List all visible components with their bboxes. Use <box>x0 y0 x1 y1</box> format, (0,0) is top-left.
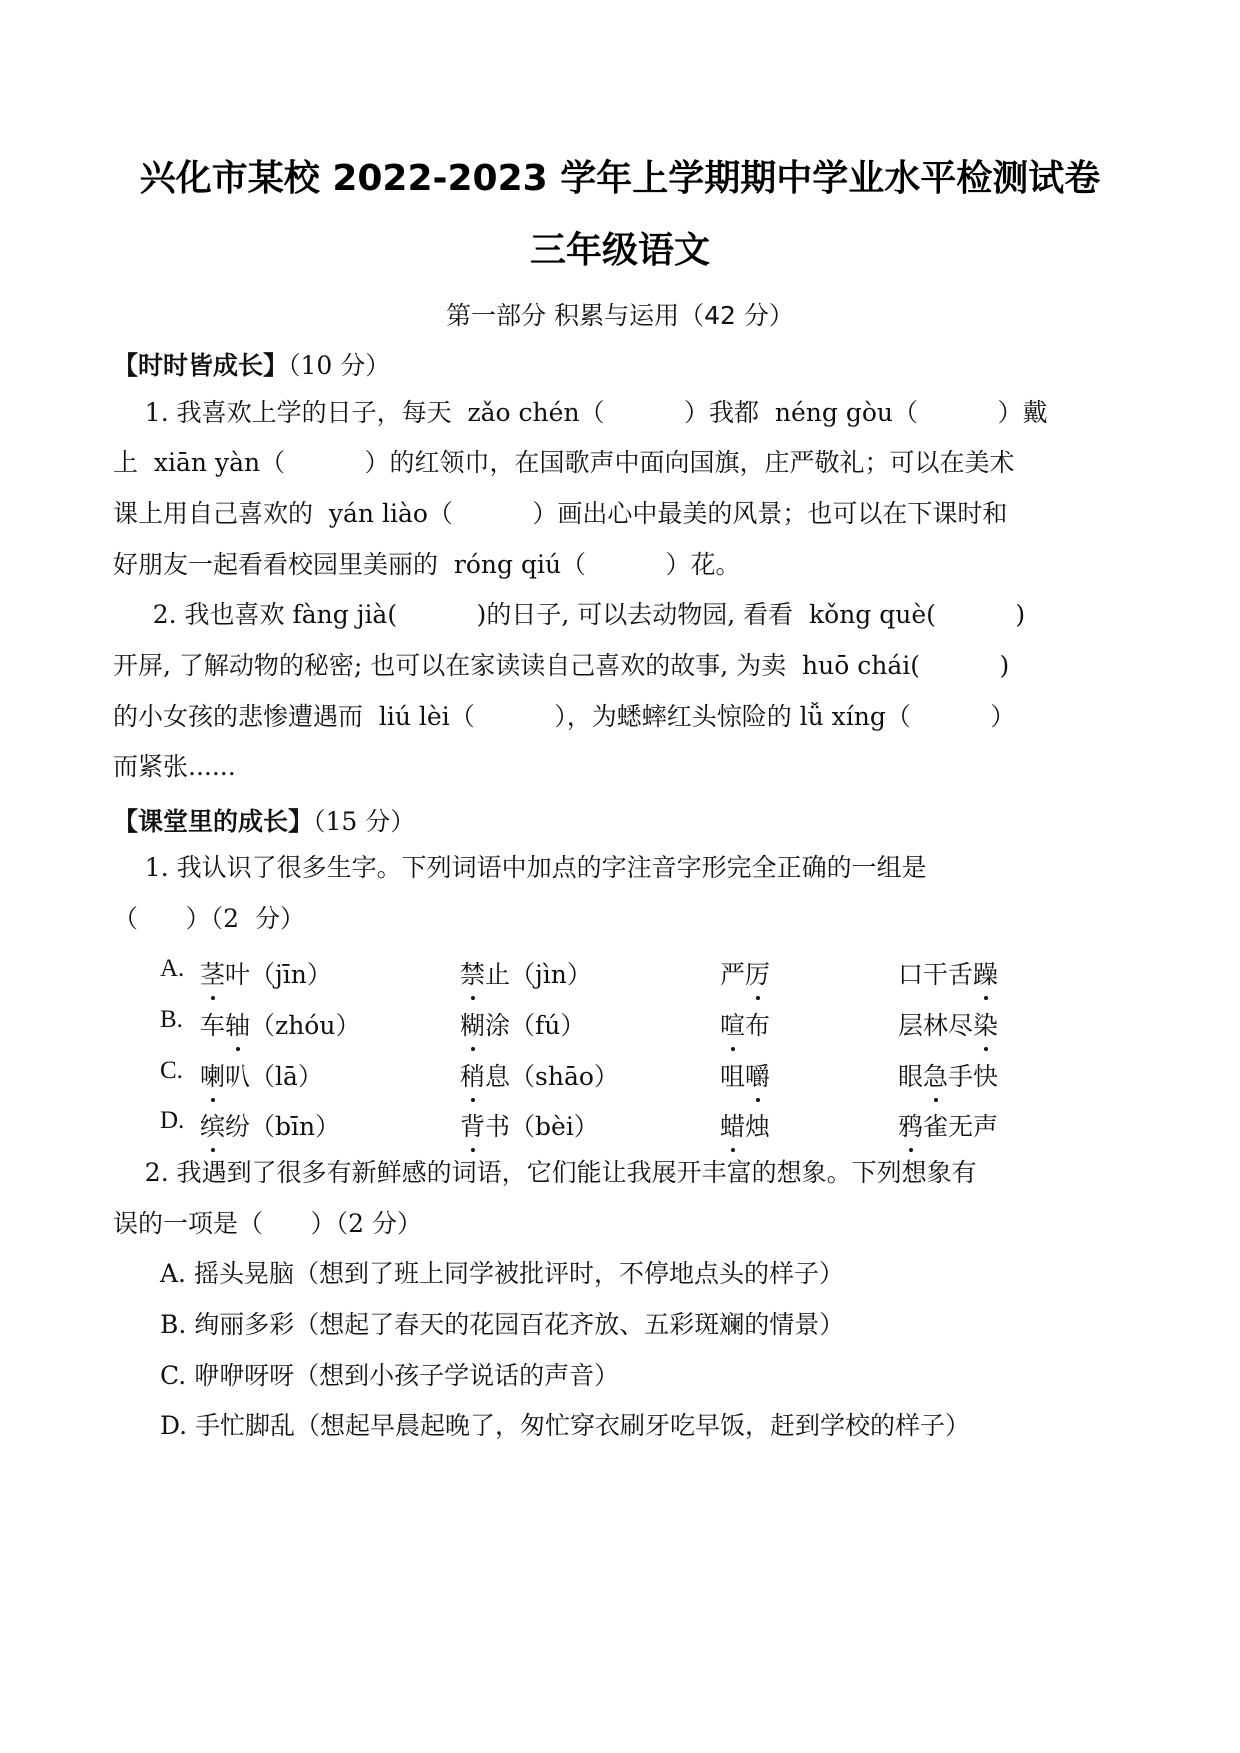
option-word: 喇叭（lā） <box>200 1057 323 1093</box>
dotted-char: 喧 <box>720 1006 745 1042</box>
option-word: 咀嚼 <box>720 1057 770 1093</box>
question-2-text: 误的一项是（ ）（2 分） <box>113 1209 1123 1239</box>
dotted-char: 稍 <box>460 1057 485 1093</box>
word-part: 叶（jīn） <box>225 960 332 989</box>
question-1-text: 1. 我认识了很多生字。下列词语中加点的字注音字形完全正确的一组是 <box>113 853 1123 883</box>
section-heading-label: 【课堂里的成长】 <box>113 807 313 836</box>
dotted-char: 糊 <box>460 1006 485 1042</box>
word-part: 手快 <box>948 1062 998 1091</box>
text-line: 开屏, 了解动物的秘密; 也可以在家读读自己喜欢的故事, 为卖 huō chái… <box>113 651 1123 681</box>
option-word: 鸦雀无声 <box>898 1107 998 1143</box>
dotted-char: 轴 <box>225 1006 250 1042</box>
word-part: 息（shāo） <box>485 1062 619 1091</box>
part-title: 第一部分 积累与运用（42 分） <box>0 296 1240 332</box>
option-word: 稍息（shāo） <box>460 1057 619 1093</box>
word-part: 布 <box>745 1011 770 1040</box>
exam-page: 兴化市某校 2022-2023 学年上学期期中学业水平检测试卷 三年级语文 第一… <box>0 0 1240 1753</box>
q2-option-a: A. 摇头晃脑（想到了班上同学被批评时，不停地点头的样子） <box>160 1259 1170 1289</box>
word-part: 书（bèi） <box>485 1112 599 1141</box>
dotted-char: 缤 <box>200 1107 225 1143</box>
q2-option-b: B. 绚丽多彩（想起了春天的花园百花齐放、五彩斑斓的情景） <box>160 1310 1170 1340</box>
dotted-char: 茎 <box>200 955 225 991</box>
dotted-char: 嚼 <box>745 1057 770 1093</box>
dotted-char: 鸦 <box>898 1107 923 1143</box>
text-line: 2. 我也喜欢 fàng jià( )的日子, 可以去动物园, 看看 kǒng … <box>113 600 1123 630</box>
option-word: 严厉 <box>720 955 770 991</box>
option-label: D. <box>160 1107 184 1135</box>
dotted-char: 急 <box>923 1057 948 1093</box>
dotted-char: 背 <box>460 1107 485 1143</box>
option-word: 口干舌躁 <box>898 955 998 991</box>
option-label: B. <box>160 1006 183 1034</box>
word-part: 层林尽 <box>898 1011 973 1040</box>
word-part: 叭（lā） <box>225 1062 323 1091</box>
dotted-char: 喇 <box>200 1057 225 1093</box>
option-word: 车轴（zhóu） <box>200 1006 360 1042</box>
text-line: 1. 我喜欢上学的日子，每天 zǎo chén（ ）我都 néng gòu（ ）… <box>113 398 1123 428</box>
word-part: 止（jìn） <box>485 960 592 989</box>
exam-title: 兴化市某校 2022-2023 学年上学期期中学业水平检测试卷 <box>0 150 1240 201</box>
section-score: （15 分） <box>313 807 415 836</box>
word-part: 涂（fú） <box>485 1011 585 1040</box>
word-part: （zhóu） <box>250 1011 360 1040</box>
dotted-char: 厉 <box>745 955 770 991</box>
option-label: C. <box>160 1057 183 1085</box>
question-2-text: 2. 我遇到了很多有新鲜感的词语，它们能让我展开丰富的想象。下列想象有 <box>113 1158 1123 1188</box>
word-part: 口干舌 <box>898 960 973 989</box>
text-line: 的小女孩的悲惨遭遇而 liú lèi（ ），为蟋蟀红头惊险的 lǚ xíng（ … <box>113 702 1123 732</box>
section-heading-1: 【时时皆成长】（10 分） <box>113 346 390 382</box>
option-word: 蜡烛 <box>720 1107 770 1143</box>
dotted-char: 禁 <box>460 955 485 991</box>
section-score: （10 分） <box>288 351 390 380</box>
word-part: 眼 <box>898 1062 923 1091</box>
word-part: 雀无声 <box>923 1112 998 1141</box>
exam-subtitle: 三年级语文 <box>0 222 1240 273</box>
question-1-text: （ ）（2 分） <box>113 904 1123 934</box>
text-line: 而紧张...... <box>113 752 1123 782</box>
word-part: 严 <box>720 960 745 989</box>
option-word: 茎叶（jīn） <box>200 955 332 991</box>
option-label: A. <box>160 955 184 983</box>
q2-option-c: C. 咿咿呀呀（想到小孩子学说话的声音） <box>160 1361 1170 1391</box>
option-word: 眼急手快 <box>898 1057 998 1093</box>
word-part: 咀 <box>720 1062 745 1091</box>
word-part: 车 <box>200 1011 225 1040</box>
section-heading-label: 【时时皆成长】 <box>113 351 288 380</box>
q2-option-d: D. 手忙脚乱（想起早晨起晚了，匆忙穿衣刷牙吃早饭，赶到学校的样子） <box>160 1411 1170 1441</box>
option-word: 缤纷（bīn） <box>200 1107 340 1143</box>
dotted-char: 躁 <box>973 955 998 991</box>
option-word: 背书（bèi） <box>460 1107 599 1143</box>
word-part: 纷（bīn） <box>225 1112 340 1141</box>
option-word: 层林尽染 <box>898 1006 998 1042</box>
option-word: 糊涂（fú） <box>460 1006 585 1042</box>
text-line: 好朋友一起看看校园里美丽的 róng qiú（ ）花。 <box>113 550 1123 580</box>
text-line: 课上用自己喜欢的 yán liào（ ）画出心中最美的风景；也可以在下课时和 <box>113 499 1123 529</box>
dotted-char: 染 <box>973 1006 998 1042</box>
option-word: 禁止（jìn） <box>460 955 592 991</box>
word-part: 烛 <box>745 1112 770 1141</box>
section-heading-2: 【课堂里的成长】（15 分） <box>113 802 415 838</box>
text-line: 上 xiān yàn（ ）的红领巾，在国歌声中面向国旗，庄严敬礼；可以在美术 <box>113 448 1123 478</box>
option-word: 喧布 <box>720 1006 770 1042</box>
dotted-char: 蜡 <box>720 1107 745 1143</box>
